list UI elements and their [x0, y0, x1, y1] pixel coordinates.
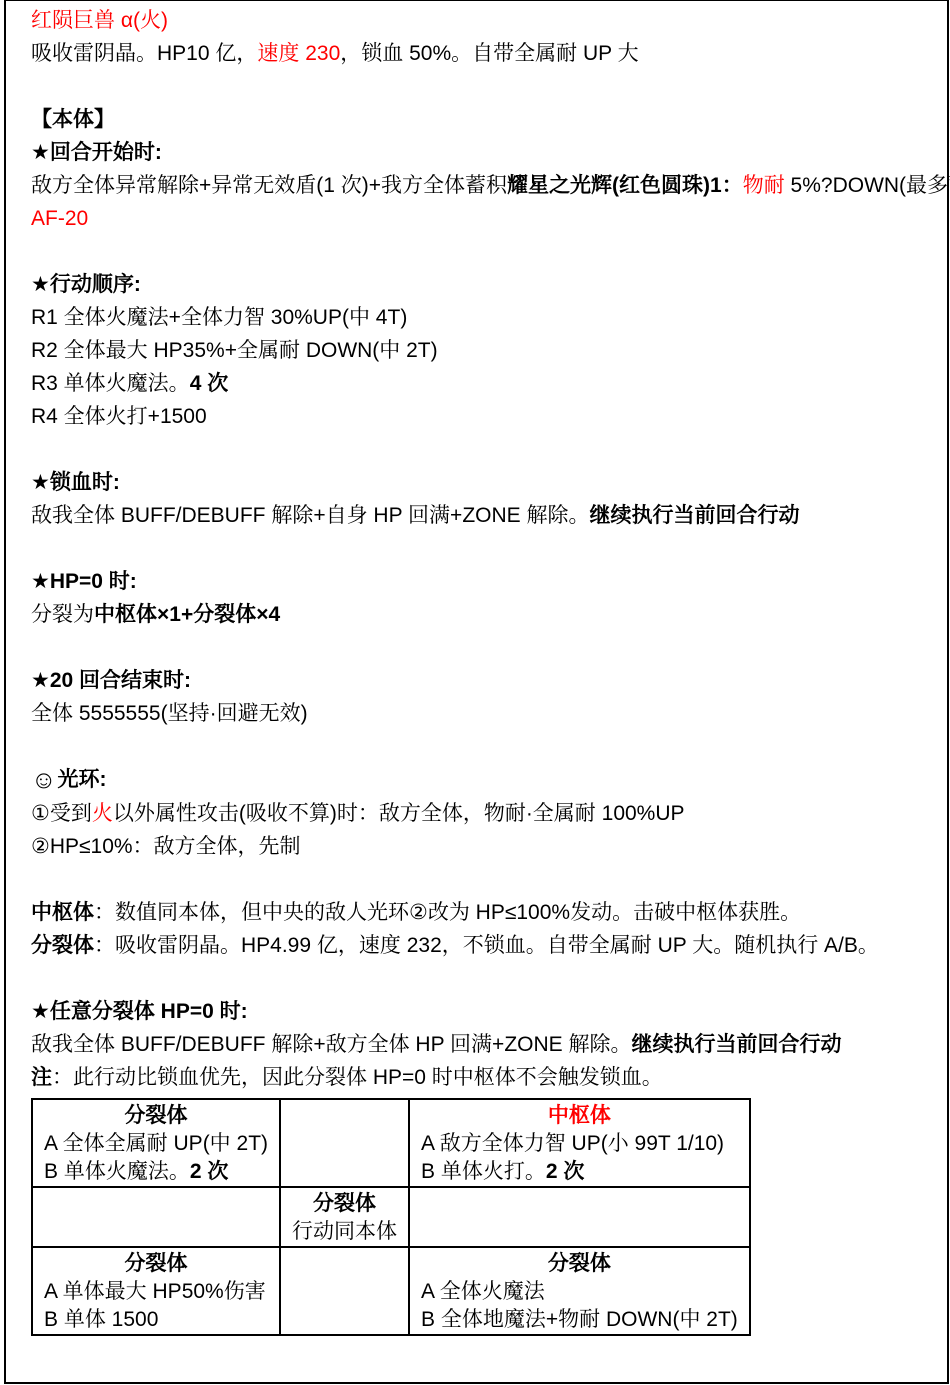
- blank-line: [31, 235, 933, 268]
- heading-turn-20: ★20 回合结束时:: [31, 664, 933, 697]
- aura-line-1-pre: ①受到: [31, 802, 92, 825]
- blank-line: [31, 730, 933, 763]
- note-label: 注: [31, 1066, 52, 1089]
- hp-zero-effect-line: 分裂为中枢体×1+分裂体×4: [31, 598, 933, 631]
- cell-empty: [32, 1187, 280, 1247]
- table-row-3: 分裂体 A 单体最大 HP50%伤害 B 单体 1500 分裂体 A 全体火魔法…: [32, 1247, 750, 1335]
- forms-action-table: 分裂体 A 全体全属耐 UP(中 2T) B 单体火魔法。2 次 中枢体 A 敌…: [31, 1098, 751, 1336]
- cell-header-split: 分裂体: [44, 1102, 268, 1130]
- aura-line-1: ①受到火以外属性攻击(吸收不算)时：敌方全体，物耐·全属耐 100%UP: [31, 797, 933, 830]
- section-label-main-body: 【本体】: [31, 103, 933, 136]
- heading-aura: ☺光环:: [31, 763, 933, 797]
- core-body-description: 中枢体：数值同本体，但中央的敌人光环②改为 HP≤100%发动。击破中枢体获胜。: [31, 896, 933, 929]
- action-round-3: R3 单体火魔法。4 次: [31, 367, 933, 400]
- cell-action-a: A 全体火魔法: [421, 1278, 738, 1306]
- cell-action-b-text: B 单体火打。: [421, 1160, 546, 1183]
- heading-action-order: ★行动顺序:: [31, 268, 933, 301]
- document-content: 红陨巨兽 α(火) 吸收雷阴晶。HP10 亿，速度 230，锁血 50%。自带全…: [6, 1, 947, 1336]
- split-body-description: 分裂体：吸收雷阴晶。HP4.99 亿，速度 232，不锁血。自带全属耐 UP 大…: [31, 929, 933, 962]
- cell-action-b-count: 2 次: [546, 1160, 585, 1183]
- cell-header-core: 中枢体: [421, 1102, 738, 1130]
- heading-hp-zero: ★HP=0 时:: [31, 565, 933, 598]
- cell-action-same-as-main: 行动同本体: [292, 1218, 397, 1246]
- hp-zero-bold: 中枢体×1+分裂体×4: [94, 603, 280, 626]
- turn-start-orb: 耀星之光辉(红色圆珠)1：: [507, 174, 743, 197]
- cell-action-b: B 单体 1500: [44, 1306, 268, 1334]
- action-round-3-count: 4 次: [190, 372, 229, 395]
- blank-line: [31, 962, 933, 995]
- blank-line: [31, 70, 933, 103]
- aura-line-1-fire: 火: [92, 802, 113, 825]
- cell-action-b: B 单体火打。2 次: [421, 1158, 738, 1186]
- core-body-label: 中枢体: [31, 901, 94, 924]
- turn-start-pre: 敌方全体异常解除+异常无效盾(1 次)+我方全体蓄积: [31, 174, 507, 197]
- af-value: AF-20: [31, 202, 933, 235]
- hp-zero-pre: 分裂为: [31, 603, 94, 626]
- document-page: 红陨巨兽 α(火) 吸收雷阴晶。HP10 亿，速度 230，锁血 50%。自带全…: [4, 0, 949, 1384]
- split-zero-bold: 继续执行当前回合行动: [632, 1033, 842, 1056]
- split-zero-effect-line: 敌我全体 BUFF/DEBUFF 解除+敌方全体 HP 回满+ZONE 解除。继…: [31, 1028, 933, 1061]
- action-round-4: R4 全体火打+1500: [31, 400, 933, 433]
- cell-empty: [280, 1247, 409, 1335]
- cell-header-split: 分裂体: [421, 1250, 738, 1278]
- cell-header-split: 分裂体: [44, 1250, 268, 1278]
- cell-action-b: B 单体火魔法。2 次: [44, 1158, 268, 1186]
- cell-split-top-left: 分裂体 A 全体全属耐 UP(中 2T) B 单体火魔法。2 次: [32, 1099, 280, 1187]
- boss-stats-speed: 速度 230: [257, 42, 340, 65]
- table-row-2: 分裂体 行动同本体: [32, 1187, 750, 1247]
- table-row-1: 分裂体 A 全体全属耐 UP(中 2T) B 单体火魔法。2 次 中枢体 A 敌…: [32, 1099, 750, 1187]
- cell-action-a: A 全体全属耐 UP(中 2T): [44, 1130, 268, 1158]
- turn-start-effect-line: 敌方全体异常解除+异常无效盾(1 次)+我方全体蓄积耀星之光辉(红色圆珠)1：物…: [31, 169, 933, 202]
- cell-action-a: A 敌方全体力智 UP(小 99T 1/10): [421, 1130, 738, 1158]
- cell-split-bottom-right: 分裂体 A 全体火魔法 B 全体地魔法+物耐 DOWN(中 2T): [409, 1247, 750, 1335]
- cell-action-b-count: 2 次: [190, 1160, 229, 1183]
- hp-lock-effect-line: 敌我全体 BUFF/DEBUFF 解除+自身 HP 回满+ZONE 解除。继续执…: [31, 499, 933, 532]
- core-body-text: ：数值同本体，但中央的敌人光环②改为 HP≤100%发动。击破中枢体获胜。: [94, 901, 801, 924]
- heading-turn-start: ★回合开始时:: [31, 136, 933, 169]
- split-body-label: 分裂体: [31, 934, 94, 957]
- split-zero-note-line: 注：此行动比锁血优先，因此分裂体 HP=0 时中枢体不会触发锁血。: [31, 1061, 933, 1094]
- cell-header-split: 分裂体: [292, 1190, 397, 1218]
- cell-empty: [280, 1099, 409, 1187]
- action-round-1: R1 全体火魔法+全体力智 30%UP(中 4T): [31, 301, 933, 334]
- turn-start-stat: 物耐: [743, 174, 785, 197]
- cell-action-a: A 单体最大 HP50%伤害: [44, 1278, 268, 1306]
- aura-line-1-post: 以外属性攻击(吸收不算)时：敌方全体，物耐·全属耐 100%UP: [113, 802, 685, 825]
- blank-line: [31, 532, 933, 565]
- turn-20-effect-line: 全体 5555555(坚持·回避无效): [31, 697, 933, 730]
- boss-stats-post: ，锁血 50%。自带全属耐 UP 大: [340, 42, 638, 65]
- cell-split-middle: 分裂体 行动同本体: [280, 1187, 409, 1247]
- cell-action-b: B 全体地魔法+物耐 DOWN(中 2T): [421, 1306, 738, 1334]
- blank-line: [31, 433, 933, 466]
- cell-split-bottom-left: 分裂体 A 单体最大 HP50%伤害 B 单体 1500: [32, 1247, 280, 1335]
- heading-split-zero: ★任意分裂体 HP=0 时:: [31, 995, 933, 1028]
- blank-line: [31, 631, 933, 664]
- note-text: ：此行动比锁血优先，因此分裂体 HP=0 时中枢体不会触发锁血。: [52, 1066, 663, 1089]
- cell-core-top-right: 中枢体 A 敌方全体力智 UP(小 99T 1/10) B 单体火打。2 次: [409, 1099, 750, 1187]
- aura-line-2: ②HP≤10%：敌方全体，先制: [31, 830, 933, 863]
- boss-stats-line: 吸收雷阴晶。HP10 亿，速度 230，锁血 50%。自带全属耐 UP 大: [31, 37, 933, 70]
- hp-lock-bold: 继续执行当前回合行动: [590, 504, 800, 527]
- heading-hp-lock: ★锁血时:: [31, 466, 933, 499]
- boss-title: 红陨巨兽 α(火): [31, 4, 933, 37]
- turn-start-post: 5%?DOWN(最多蓄积 20): [785, 174, 950, 197]
- cell-empty: [409, 1187, 750, 1247]
- hp-lock-pre: 敌我全体 BUFF/DEBUFF 解除+自身 HP 回满+ZONE 解除。: [31, 504, 590, 527]
- split-body-text: ：吸收雷阴晶。HP4.99 亿，速度 232，不锁血。自带全属耐 UP 大。随机…: [94, 934, 879, 957]
- action-round-2: R2 全体最大 HP35%+全属耐 DOWN(中 2T): [31, 334, 933, 367]
- smiley-face-icon: ☺: [31, 766, 57, 794]
- split-zero-pre: 敌我全体 BUFF/DEBUFF 解除+敌方全体 HP 回满+ZONE 解除。: [31, 1033, 632, 1056]
- cell-action-b-text: B 单体火魔法。: [44, 1160, 190, 1183]
- aura-heading-text: 光环:: [58, 768, 107, 791]
- boss-stats-pre: 吸收雷阴晶。HP10 亿，: [31, 42, 257, 65]
- blank-line: [31, 863, 933, 896]
- action-round-3-text: R3 单体火魔法。: [31, 372, 190, 395]
